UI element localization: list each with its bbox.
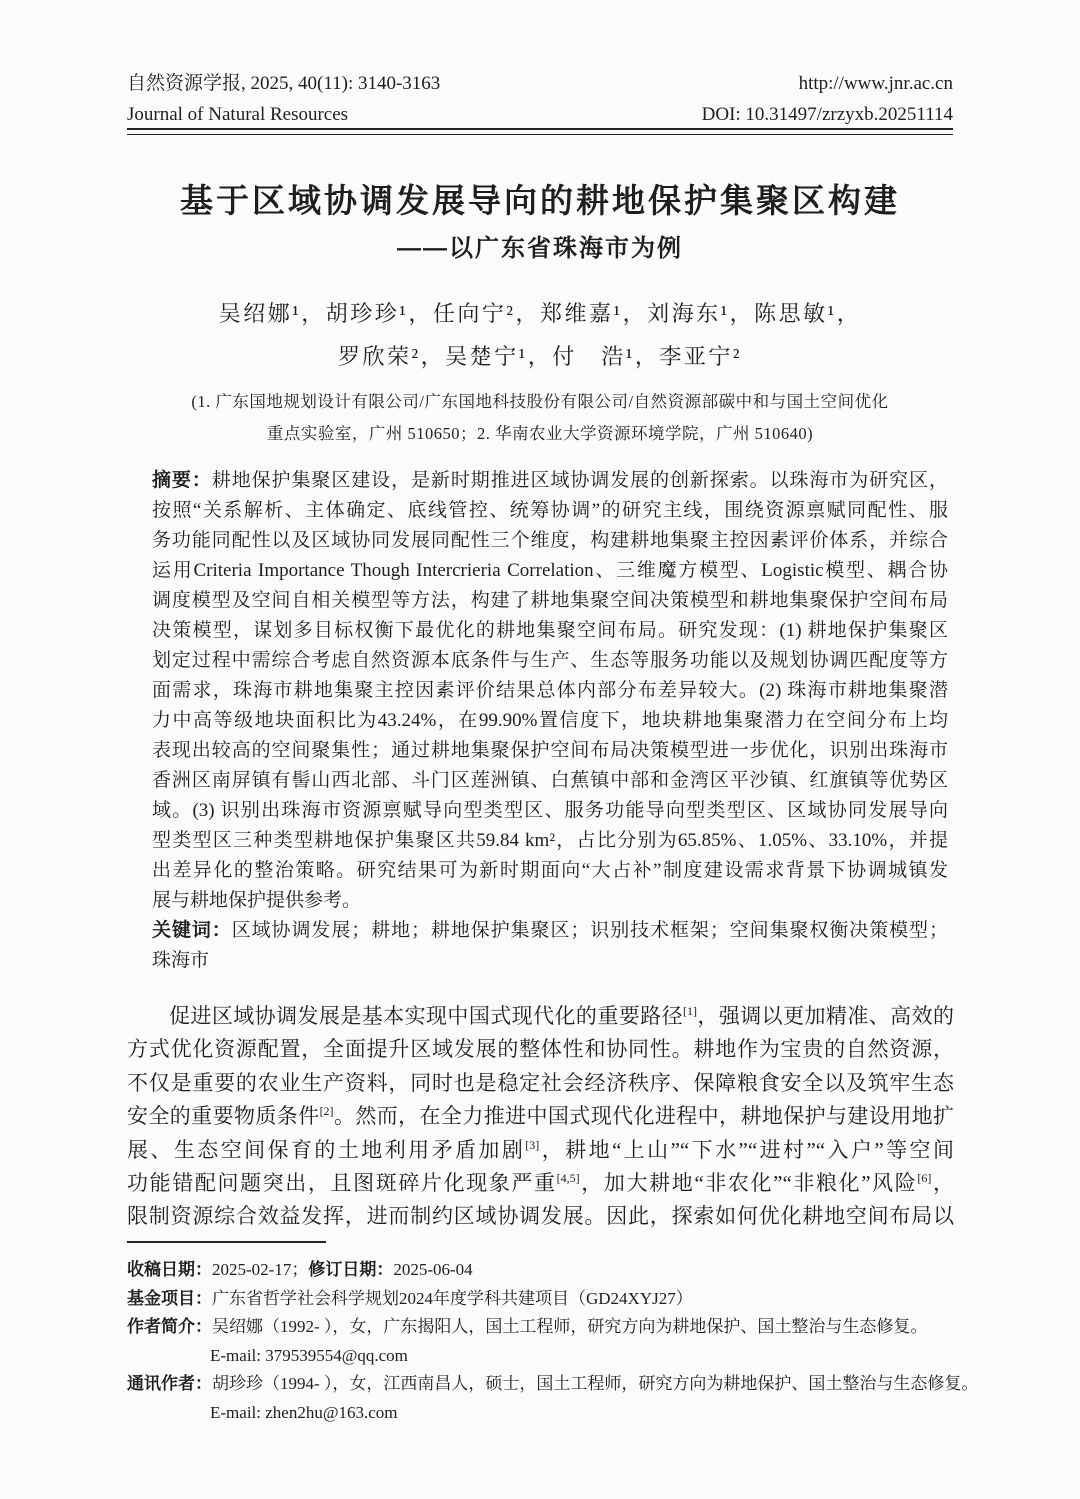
abstract-line: 展与耕地保护提供参考。 [152,886,948,916]
paper-subtitle: ——以广东省珠海市为例 [0,231,1080,267]
paper-title: 基于区域协调发展导向的耕地保护集聚区构建 [0,178,1080,224]
abstract-line: 域。(3) 识别出珠海市资源禀赋导向型类型区、服务功能导向型类型区、区域协同发展… [152,796,948,826]
journal-citation: 自然资源学报, 2025, 40(11): 3140-3163 [127,68,440,99]
footnote-line: 基金项目：广东省哲学社会科学规划2024年度学科共建项目（GD24XYJ27） [127,1285,957,1314]
journal-name-en: Journal of Natural Resources [127,99,440,130]
abstract-line: 按照“关系解析、主体确定、底线管控、统筹协调”的研究主线，围绕资源禀赋同配性、服 [152,496,948,526]
authors-line: 罗欣荣²，吴楚宁¹，付 浩¹，李亚宁² [0,335,1080,378]
footnote-line: E-mail: 379539554@qq.com [127,1342,957,1371]
abstract-line: 划定过程中需综合考虑自然资源本底条件与生产、生态等服务功能以及规划协调匹配度等方 [152,646,948,676]
footnote-line: 收稿日期：2025-02-17；修订日期：2025-06-04 [127,1256,957,1285]
abstract-line: 表现出较高的空间聚集性；通过耕地集聚保护空间布局决策模型进一步优化，识别出珠海市 [152,736,948,766]
abstract-line: 珠海市 [152,946,948,976]
authors-block: 吴绍娜¹，胡珍珍¹，任向宁²，郑维嘉¹，刘海东¹，陈思敏¹， 罗欣荣²，吴楚宁¹… [0,292,1080,378]
abstract-line: 决策模型，谋划多目标权衡下最优化的耕地集聚空间布局。研究发现：(1) 耕地保护集… [152,616,948,646]
abstract-line: 力中高等级地块面积比为43.24%，在99.90%置信度下，地块耕地集聚潜力在空… [152,706,948,736]
body-line: 限制资源综合效益发挥，进而制约区域协调发展。因此，探索如何优化耕地空间布局以 [127,1200,954,1233]
body-line: 促进区域协调发展是基本实现中国式现代化的重要路径[1]，强调以更加精准、高效的 [127,1000,954,1033]
abstract-line: 型类型区三种类型耕地保护集聚区共59.84 km²，占比分别为65.85%、1.… [152,826,948,856]
abstract-line: 面需求，珠海市耕地集聚主控因素评价结果总体内部分布差异较大。(2) 珠海市耕地集… [152,676,948,706]
abstract-section: 摘要：耕地保护集聚区建设，是新时期推进区域协调发展的创新探索。以珠海市为研究区，… [152,466,948,976]
affiliations-block: (1. 广东国地规划设计有限公司/广东国地科技股份有限公司/自然资源部碳中和与国… [0,386,1080,450]
authors-line: 吴绍娜¹，胡珍珍¹，任向宁²，郑维嘉¹，刘海东¹，陈思敏¹， [0,292,1080,335]
footnote-divider [127,1241,326,1243]
footnote-line: 作者简介：吴绍娜（1992- ），女，广东揭阳人，国土工程师，研究方向为耕地保护… [127,1313,957,1342]
abstract-line: 摘要：耕地保护集聚区建设，是新时期推进区域协调发展的创新探索。以珠海市为研究区， [152,466,948,496]
abstract-line: 调度模型及空间自相关模型等方法，构建了耕地集聚空间决策模型和耕地集聚保护空间布局 [152,586,948,616]
abstract-line: 运用Criteria Importance Though Intercrieri… [152,556,948,586]
header-divider [127,128,953,135]
footnote-line: E-mail: zhen2hu@163.com [127,1399,957,1428]
abstract-line: 出差异化的整治策略。研究结果可为新时期面向“大占补”制度建设需求背景下协调城镇发 [152,856,948,886]
journal-url: http://www.jnr.ac.cn [702,68,953,99]
footnote-line: 通讯作者：胡珍珍（1994- ），女，江西南昌人，硕士，国土工程师，研究方向为耕… [127,1370,957,1399]
body-line: 功能错配问题突出，且图斑碎片化现象严重[4,5]，加大耕地“非农化”“非粮化”风… [127,1167,954,1200]
journal-header-right: http://www.jnr.ac.cn DOI: 10.31497/zrzyx… [702,68,953,130]
body-line: 不仅是重要的农业生产资料，同时也是稳定社会经济秩序、保障粮食安全以及筑牢生态 [127,1067,954,1100]
introduction-paragraph: 促进区域协调发展是基本实现中国式现代化的重要路径[1]，强调以更加精准、高效的方… [127,1000,954,1234]
abstract-line: 关键词：区域协调发展；耕地；耕地保护集聚区；识别技术框架；空间集聚权衡决策模型； [152,916,948,946]
body-line: 方式优化资源配置，全面提升区域发展的整体性和协同性。耕地作为宝贵的自然资源， [127,1033,954,1066]
affiliation-line: 重点实验室，广州 510650；2. 华南农业大学资源环境学院，广州 51064… [0,418,1080,450]
journal-header-left: 自然资源学报, 2025, 40(11): 3140-3163 Journal … [127,68,440,130]
body-line: 展、生态空间保育的土地利用矛盾加剧[3]，耕地“上山”“下水”“进村”“入户”等… [127,1134,954,1167]
footnote-section: 收稿日期：2025-02-17；修订日期：2025-06-04基金项目：广东省哲… [127,1256,957,1427]
paper-page: 自然资源学报, 2025, 40(11): 3140-3163 Journal … [0,0,1080,1499]
journal-doi: DOI: 10.31497/zrzyxb.20251114 [702,99,953,130]
affiliation-line: (1. 广东国地规划设计有限公司/广东国地科技股份有限公司/自然资源部碳中和与国… [0,386,1080,418]
abstract-line: 香洲区南屏镇有髻山西北部、斗门区莲洲镇、白蕉镇中部和金湾区平沙镇、红旗镇等优势区 [152,766,948,796]
body-line: 安全的重要物质条件[2]。然而，在全力推进中国式现代化进程中，耕地保护与建设用地… [127,1100,954,1133]
abstract-line: 务功能同配性以及区域协同发展同配性三个维度，构建耕地集聚主控因素评价体系，并综合 [152,526,948,556]
